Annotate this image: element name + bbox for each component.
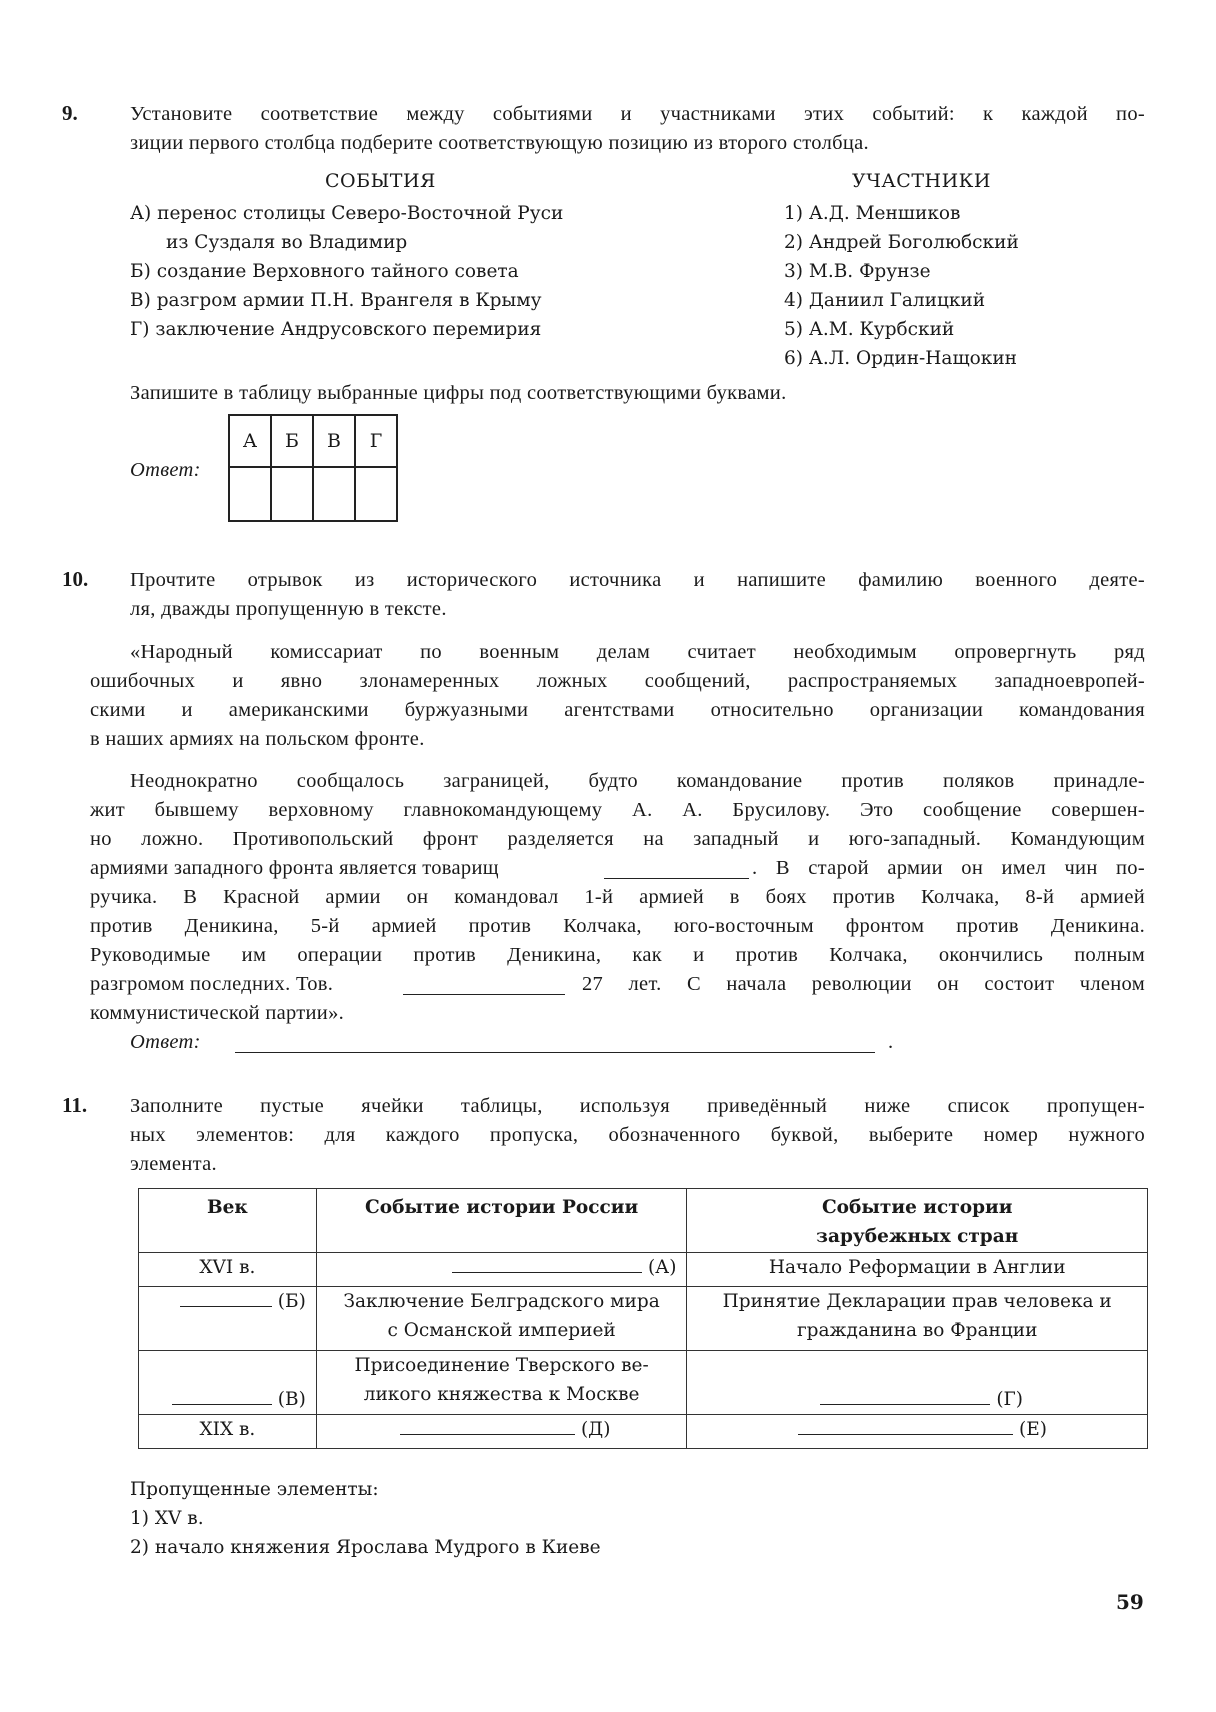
blank-line (820, 1386, 990, 1405)
event-label: В) (130, 290, 151, 311)
table-row: XIX в. (Д) (Е) (139, 1415, 1148, 1449)
participant-3: 3) М.В. Фрунзе (784, 257, 931, 286)
page-number: 59 (1116, 1590, 1144, 1614)
event-b: Б) создание Верховного тайного совета (130, 257, 519, 286)
cell-russia: Присоединение Тверского ве- ликого княже… (316, 1351, 687, 1415)
blank-letter: (Д) (581, 1419, 610, 1440)
question-9-number: 9. (62, 101, 78, 126)
blank-line (798, 1416, 1013, 1435)
event-text: перенос столицы Северо-Восточной Руси (157, 203, 563, 224)
missing-item-text: начало княжения Ярослава Мудрого в Киеве (155, 1537, 601, 1558)
answer-cell-g[interactable] (355, 467, 397, 521)
participant-label: 3) (784, 261, 803, 282)
excerpt-line-3: скими и американскими буржуазными агентс… (90, 696, 1145, 725)
excerpt-line-7: но ложно. Противопольский фронт разделяе… (90, 825, 1145, 854)
event-a: А) перенос столицы Северо-Восточной Руси (130, 199, 563, 228)
cell-century-blank-b[interactable]: (Б) (139, 1287, 317, 1351)
events-header: СОБЫТИЯ (325, 170, 436, 192)
participant-5: 5) А.М. Курбский (784, 315, 954, 344)
excerpt-line-11: Руководимые им операции против Деникина,… (90, 941, 1145, 970)
blank-letter: (А) (648, 1257, 676, 1278)
question-11-prompt-line-1: Заполните пустые ячейки таблицы, использ… (130, 1092, 1145, 1121)
question-10-prompt-line-1: Прочтите отрывок из исторического источн… (130, 566, 1145, 595)
event-a-cont: из Суздаля во Владимир (166, 228, 407, 257)
history-table: Век Событие истории России Событие истор… (138, 1188, 1148, 1449)
missing-item-1: 1) XV в. (130, 1504, 204, 1533)
participant-text: А.Л. Ордин-Нащокин (809, 348, 1017, 369)
cell-line-2: гражданина во Франции (689, 1316, 1145, 1345)
question-9-answer-label: Ответ: (130, 456, 201, 485)
participant-text: А.Д. Меншиков (809, 203, 961, 224)
blank-letter: (Б) (278, 1291, 306, 1312)
missing-elements-header: Пропущенные элементы: (130, 1475, 379, 1504)
participant-label: 5) (784, 319, 803, 340)
excerpt-line-1: «Народный комиссариат по военным делам с… (130, 638, 1145, 667)
question-9-answer-grid: А Б В Г (228, 414, 398, 522)
question-11-prompt-line-2: ных элементов: для каждого пропуска, обо… (130, 1121, 1145, 1150)
question-10-number: 10. (62, 567, 88, 592)
excerpt-line-8a: армиями западного фронта является товари… (90, 854, 499, 883)
blank-letter: (Е) (1019, 1419, 1047, 1440)
missing-item-2: 2) начало княжения Ярослава Мудрого в Ки… (130, 1533, 601, 1562)
excerpt-line-4: в наших армиях на польском фронте. (90, 725, 425, 754)
answer-column-b: Б (271, 415, 313, 467)
question-11-prompt-line-3: элемента. (130, 1150, 217, 1179)
event-text: заключение Андрусовского перемирия (155, 319, 541, 340)
textbook-page: 9. Установите соответствие между события… (0, 0, 1216, 1712)
participant-6: 6) А.Л. Ордин-Нащокин (784, 344, 1017, 373)
cell-foreign-blank-g[interactable]: (Г) (687, 1351, 1148, 1415)
cell-line-1: Принятие Декларации прав человека и (689, 1287, 1145, 1316)
cell-russia: Заключение Белградского мира с Османской… (316, 1287, 687, 1351)
participant-text: А.М. Курбский (809, 319, 954, 340)
answer-cell-a[interactable] (229, 467, 271, 521)
participant-label: 4) (784, 290, 803, 311)
answer-cell-b[interactable] (271, 467, 313, 521)
participants-header: УЧАСТНИКИ (852, 170, 991, 192)
excerpt-line-10: против Деникина, 5-й армией против Колча… (90, 912, 1145, 941)
cell-line-1: Заключение Белградского мира (319, 1287, 685, 1316)
header-foreign-line-1: Событие истории (689, 1193, 1145, 1222)
excerpt-blank-2 (403, 976, 565, 995)
excerpt-line-8b: . В старой армии он имел чин по- (752, 854, 1145, 883)
excerpt-blank-1 (604, 860, 749, 879)
participant-label: 2) (784, 232, 803, 253)
cell-russia-blank-a[interactable]: (А) (316, 1253, 687, 1287)
blank-line (172, 1386, 272, 1405)
excerpt-line-12a: разгромом последних. Тов. (90, 970, 333, 999)
answer-column-v: В (313, 415, 355, 467)
cell-foreign: Начало Реформации в Англии (687, 1253, 1148, 1287)
participant-text: Даниил Галицкий (809, 290, 985, 311)
header-foreign-line-2: зарубежных стран (689, 1222, 1145, 1251)
cell-century-blank-v[interactable]: (В) (139, 1351, 317, 1415)
cell-line-2: ликого княжества к Москве (319, 1380, 685, 1409)
participant-2: 2) Андрей Боголюбский (784, 228, 1019, 257)
participant-4: 4) Даниил Галицкий (784, 286, 985, 315)
event-text: создание Верховного тайного совета (157, 261, 519, 282)
question-11-number: 11. (62, 1093, 87, 1118)
missing-item-text: XV в. (155, 1508, 204, 1529)
excerpt-line-12b: 27 лет. С начала революции он состоит чл… (582, 970, 1145, 999)
event-text: разгром армии П.Н. Врангеля в Крыму (157, 290, 542, 311)
event-v: В) разгром армии П.Н. Врангеля в Крыму (130, 286, 542, 315)
excerpt-line-9: ручика. В Красной армии он командовал 1-… (90, 883, 1145, 912)
table-row: (Б) Заключение Белградского мира с Осман… (139, 1287, 1148, 1351)
participant-text: М.В. Фрунзе (809, 261, 931, 282)
participant-label: 1) (784, 203, 803, 224)
excerpt-line-2: ошибочных и явно злонамеренных ложных со… (90, 667, 1145, 696)
question-10-answer-field[interactable] (235, 1030, 875, 1053)
question-9-prompt-line-2: зиции первого столбца подберите соответс… (130, 129, 869, 158)
cell-line-1: Присоединение Тверского ве- (319, 1351, 685, 1380)
table-row: (В) Присоединение Тверского ве- ликого к… (139, 1351, 1148, 1415)
missing-item-label: 1) (130, 1508, 149, 1529)
event-g: Г) заключение Андрусовского перемирия (130, 315, 541, 344)
missing-item-label: 2) (130, 1537, 149, 1558)
question-9-instruction: Запишите в таблицу выбранные цифры под с… (130, 379, 787, 408)
cell-russia-blank-d[interactable]: (Д) (316, 1415, 687, 1449)
cell-century: XVI в. (139, 1253, 317, 1287)
header-century: Век (139, 1189, 317, 1253)
question-9-prompt-line-1: Установите соответствие между событиями … (130, 100, 1145, 129)
participant-1: 1) А.Д. Меншиков (784, 199, 960, 228)
participant-label: 6) (784, 348, 803, 369)
cell-line-2: с Османской империей (319, 1316, 685, 1345)
participant-text: Андрей Боголюбский (809, 232, 1019, 253)
cell-foreign-blank-e[interactable]: (Е) (687, 1415, 1148, 1449)
answer-column-g: Г (355, 415, 397, 467)
excerpt-line-6: жит бывшему верховному главнокомандующем… (90, 796, 1145, 825)
event-label: А) (130, 203, 151, 224)
blank-line (400, 1416, 575, 1435)
cell-foreign: Принятие Декларации прав человека и граж… (687, 1287, 1148, 1351)
blank-line (180, 1288, 272, 1307)
event-label: Г) (130, 319, 149, 340)
table-row: XVI в. (А) Начало Реформации в Англии (139, 1253, 1148, 1287)
blank-line (452, 1254, 642, 1273)
blank-letter: (Г) (996, 1389, 1023, 1410)
answer-cell-v[interactable] (313, 467, 355, 521)
table-header-row: Век Событие истории России Событие истор… (139, 1189, 1148, 1253)
header-russia: Событие истории России (316, 1189, 687, 1253)
excerpt-line-5: Неоднократно сообщалось заграницей, будт… (130, 767, 1145, 796)
cell-century: XIX в. (139, 1415, 317, 1449)
blank-letter: (В) (278, 1389, 306, 1410)
excerpt-line-13: коммунистической партии». (90, 999, 344, 1028)
question-10-answer-label: Ответ: (130, 1028, 201, 1057)
question-10-prompt-line-2: ля, дважды пропущенную в тексте. (130, 595, 447, 624)
event-label: Б) (130, 261, 151, 282)
question-10-answer-period: . (888, 1028, 893, 1057)
header-foreign: Событие истории зарубежных стран (687, 1189, 1148, 1253)
answer-column-a: А (229, 415, 271, 467)
